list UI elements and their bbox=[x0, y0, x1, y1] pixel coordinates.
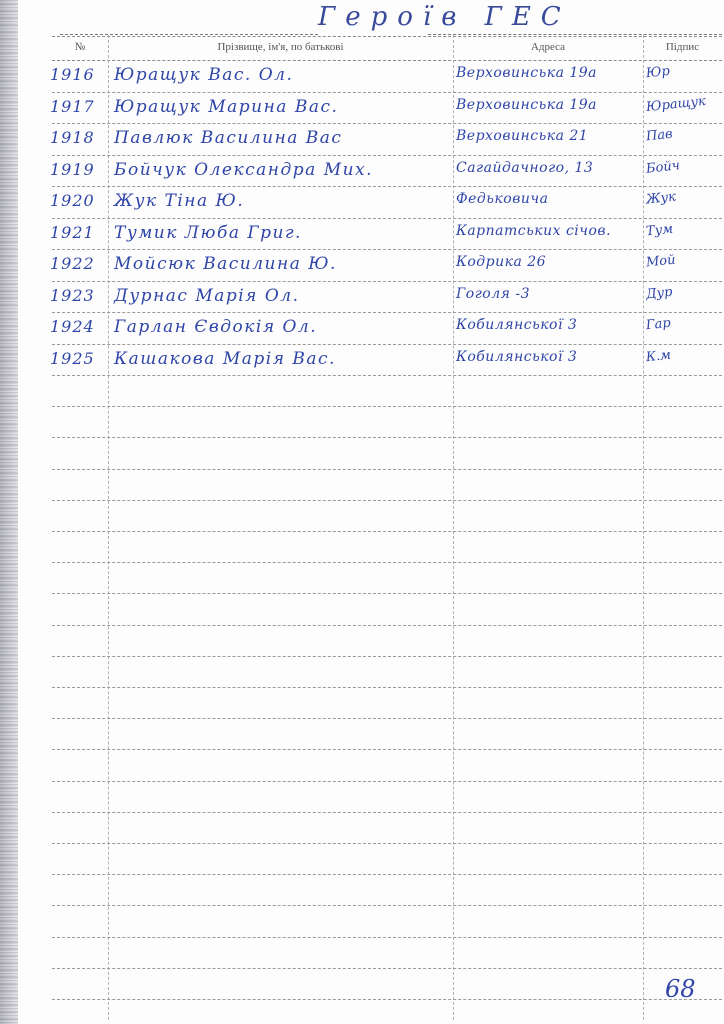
row-full-name: Дурнас Марія Ол. bbox=[114, 286, 300, 306]
title-underline bbox=[60, 34, 318, 35]
row-signature: Юращук bbox=[645, 93, 706, 114]
empty-row-divider bbox=[52, 437, 722, 438]
page-title: Героїв ГЕС bbox=[318, 2, 571, 32]
row-signature: Юр bbox=[645, 64, 670, 81]
empty-row-divider bbox=[52, 843, 722, 844]
title-underline bbox=[428, 34, 722, 35]
row-number: 1922 bbox=[50, 254, 108, 273]
row-address: Кодрика 26 bbox=[456, 254, 546, 270]
row-address: Федьковича bbox=[456, 191, 548, 207]
empty-row-divider bbox=[52, 905, 722, 906]
row-full-name: Тумик Люба Григ. bbox=[114, 223, 302, 243]
row-address: Кобилянської 3 bbox=[456, 317, 577, 333]
row-divider bbox=[52, 249, 722, 250]
row-signature: Дур bbox=[645, 284, 673, 302]
header-number: № bbox=[52, 41, 108, 53]
row-full-name: Жук Тіна Ю. bbox=[114, 191, 244, 211]
empty-row-divider bbox=[52, 999, 722, 1000]
header-name: Прізвище, ім'я, по батькові bbox=[108, 41, 453, 53]
row-number: 1923 bbox=[50, 286, 108, 305]
empty-row-divider bbox=[52, 406, 722, 407]
header-signature: Підпис bbox=[643, 41, 722, 53]
scan-edge-shadow bbox=[0, 0, 18, 1024]
row-signature: Гар bbox=[645, 316, 671, 333]
row-address: Верховинська 21 bbox=[456, 128, 588, 144]
header-top-border bbox=[52, 36, 722, 37]
row-address: Карпатських січов. bbox=[456, 223, 611, 239]
row-divider bbox=[52, 218, 722, 219]
empty-row-divider bbox=[52, 718, 722, 719]
row-divider bbox=[52, 281, 722, 282]
row-divider bbox=[52, 312, 722, 313]
empty-row-divider bbox=[52, 500, 722, 501]
column-divider-name bbox=[453, 35, 454, 1020]
row-divider bbox=[52, 344, 722, 345]
empty-row-divider bbox=[52, 469, 722, 470]
row-divider bbox=[52, 92, 722, 93]
row-number: 1918 bbox=[50, 128, 108, 147]
row-address: Гоголя -3 bbox=[456, 286, 530, 302]
row-full-name: Юращук Марина Вас. bbox=[114, 97, 338, 117]
row-signature: Тум bbox=[645, 221, 673, 239]
row-number: 1917 bbox=[50, 97, 108, 116]
row-number: 1924 bbox=[50, 317, 108, 336]
empty-row-divider bbox=[52, 593, 722, 594]
row-number: 1919 bbox=[50, 160, 108, 179]
row-divider bbox=[52, 155, 722, 156]
row-address: Верховинська 19а bbox=[456, 97, 597, 113]
row-divider bbox=[52, 186, 722, 187]
row-full-name: Гарлан Євдокія Ол. bbox=[114, 317, 317, 337]
empty-row-divider bbox=[52, 937, 722, 938]
row-address: Верховинська 19а bbox=[456, 65, 597, 81]
row-number: 1916 bbox=[50, 65, 108, 84]
row-address: Сагайдачного, 13 bbox=[456, 160, 593, 176]
empty-row-divider bbox=[52, 749, 722, 750]
row-number: 1920 bbox=[50, 191, 108, 210]
row-full-name: Мойсюк Василина Ю. bbox=[114, 254, 337, 274]
column-divider-number bbox=[108, 35, 109, 1020]
page-number: 68 bbox=[665, 975, 696, 1003]
empty-row-divider bbox=[52, 531, 722, 532]
row-number: 1921 bbox=[50, 223, 108, 242]
empty-row-divider bbox=[52, 625, 722, 626]
header-address: Адреса bbox=[453, 41, 643, 53]
row-signature: Мой bbox=[645, 252, 676, 270]
empty-row-divider bbox=[52, 656, 722, 657]
row-address: Кобилянської 3 bbox=[456, 349, 577, 365]
row-full-name: Юращук Вас. Ол. bbox=[114, 65, 293, 85]
column-divider-address bbox=[643, 35, 644, 1020]
row-signature: Бойч bbox=[645, 158, 680, 176]
row-full-name: Павлюк Василина Вас bbox=[114, 128, 342, 148]
row-signature: К.м bbox=[645, 347, 671, 365]
empty-row-divider bbox=[52, 687, 722, 688]
empty-row-divider bbox=[52, 968, 722, 969]
row-divider bbox=[52, 123, 722, 124]
row-signature: Пав bbox=[645, 127, 673, 145]
empty-row-divider bbox=[52, 781, 722, 782]
row-divider bbox=[52, 375, 722, 376]
header-bottom-border bbox=[52, 60, 722, 61]
row-full-name: Бойчук Олександра Мих. bbox=[114, 160, 373, 180]
row-number: 1925 bbox=[50, 349, 108, 368]
empty-row-divider bbox=[52, 562, 722, 563]
row-full-name: Кашакова Марія Вас. bbox=[114, 349, 336, 369]
empty-row-divider bbox=[52, 812, 722, 813]
row-signature: Жук bbox=[645, 189, 676, 207]
empty-row-divider bbox=[52, 874, 722, 875]
